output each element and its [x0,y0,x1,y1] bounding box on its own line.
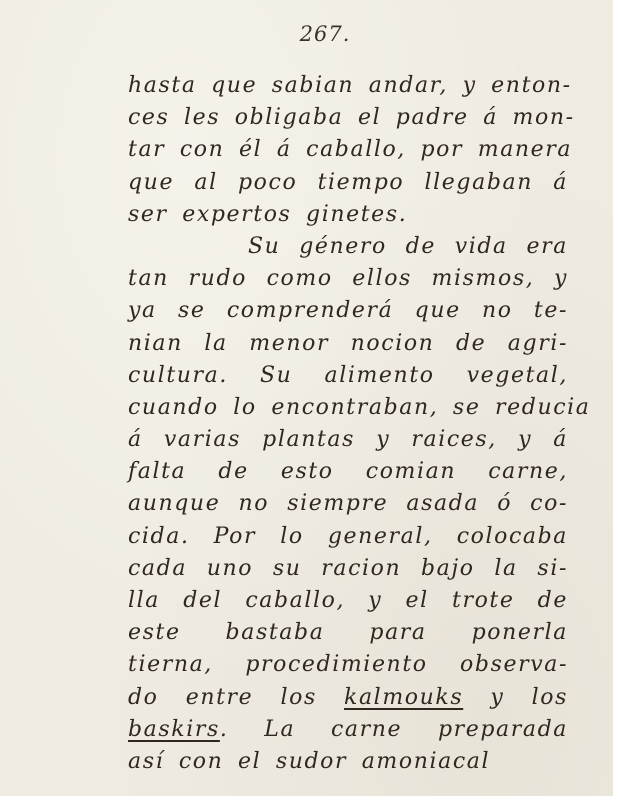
text-line-paragraph-end: ser expertos ginetes. [128,199,568,231]
text-line-paragraph-start: Su género de vida era [128,231,568,263]
text-line: así con el sudor amoniacal [128,746,568,778]
text-line: tan rudo como ellos mismos, y [128,263,568,295]
text-line: cada uno su racion bajo la si- [128,553,568,585]
text-line: este bastaba para ponerla [128,617,568,649]
text-line: que al poco tiempo llegaban á [128,167,568,199]
manuscript-page: 267. hasta que sabian andar, y enton- ce… [0,0,613,796]
text-line: tar con él á caballo, por manera [128,134,568,166]
text-line: cida. Por lo general, colocaba [128,521,568,553]
text-line: cultura. Su alimento vegetal, [128,360,568,392]
underlined-word-kalmouks: kalmouks [344,685,463,710]
text-line: cuando lo encontraban, se reducia [128,392,568,424]
text-segment: y los [463,685,568,710]
text-line: falta de esto comian carne, [128,456,568,488]
text-line: tierna, procedimiento observa- [128,649,568,681]
text-line: lla del caballo, y el trote de [128,585,568,617]
handwritten-text-block: hasta que sabian andar, y enton- ces les… [128,70,568,778]
text-line-with-underline: do entre los kalmouks y los [128,682,568,714]
underlined-word-baskirs: baskirs [128,717,220,742]
text-segment: do entre los [128,685,344,710]
text-segment: . La carne preparada [220,717,568,742]
text-line: hasta que sabian andar, y enton- [128,70,568,102]
text-line-with-underline: baskirs. La carne preparada [128,714,568,746]
text-line: nian la menor nocion de agri- [128,328,568,360]
text-line: aunque no siempre asada ó co- [128,488,568,520]
text-line: á varias plantas y raices, y á [128,424,568,456]
text-line: ya se comprenderá que no te- [128,295,568,327]
text-line: ces les obligaba el padre á mon- [128,102,568,134]
page-number: 267. [0,22,620,46]
